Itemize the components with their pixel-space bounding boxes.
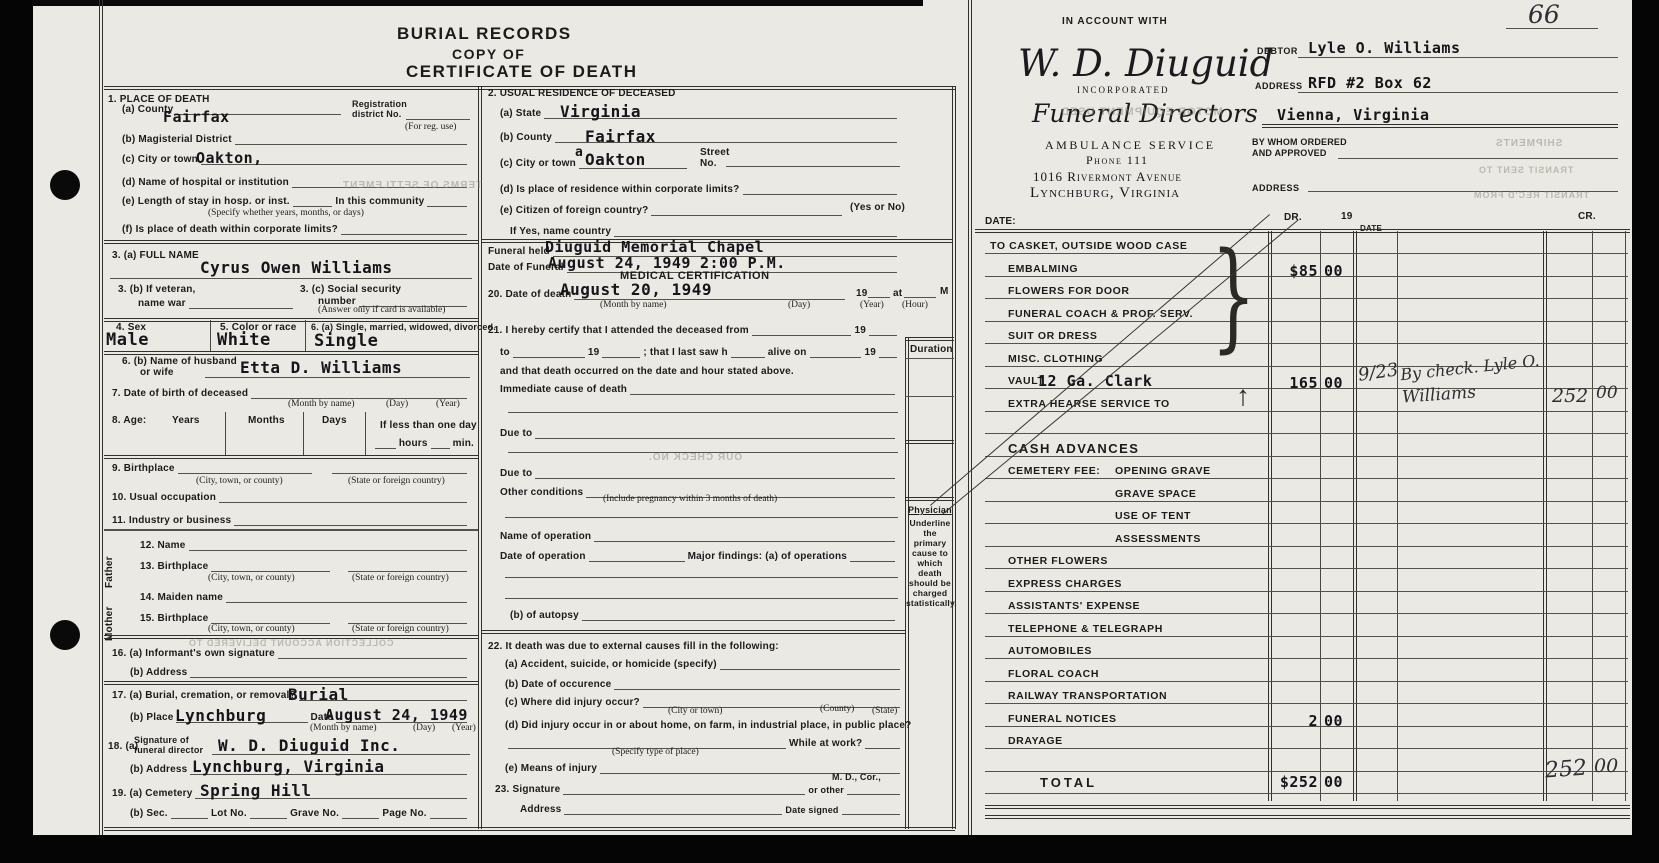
hospital-label: (d) Name of hospital or institution [122,177,289,188]
s1-reg2: district No. [352,109,401,119]
ledger-item-label: MISC. CLOTHING [1008,353,1103,365]
ledger-row-rule [985,298,1628,299]
father-name-label: 12. Name [140,540,186,551]
ledger-row-rule [985,433,1628,434]
state-label: (a) State [500,108,541,119]
field-line [614,688,900,690]
duration-line [905,396,954,397]
signature-label: 23. Signature [495,784,560,795]
full-name-value: Cyrus Owen Williams [200,258,393,277]
field-attended-from: 21. I hereby certify that I attended the… [488,325,900,336]
ledger-item-label: CEMETERY FEE: [1008,465,1100,477]
scanned-burial-record: { "t": {"l1": "BURIAL RECORDS", "l2": "C… [0,0,1659,863]
field-line [614,235,897,237]
funeral-held-label: Funeral held [488,246,550,257]
bleed-text: TRANSIT SENT TO [1478,165,1573,175]
bleed-text: COLLECTION ACCOUNT DELIVERED TO [188,638,394,648]
sec-label: (b) Sec. [130,808,168,819]
sex-value: Male [106,330,149,350]
ordered-label-2: AND APPROVED [1252,148,1327,158]
burial-date-h1: (Month by name) [310,723,377,733]
title-copy-of: COPY OF [452,46,525,62]
field-city-of-death: (c) City or town [122,154,470,165]
s1-reg1: Registration [352,99,407,109]
residence-city-prefix: a [575,145,583,160]
page-number-line [1506,28,1598,29]
corporate-label: (f) Is place of death within corporate l… [122,224,338,235]
duration-line [905,358,954,359]
residence-city-label: (c) City or town [500,158,576,169]
field-line [219,501,467,503]
debtor-address-label: ADDRESS [1255,81,1303,91]
total-label: TOTAL [1040,775,1097,790]
field-line [850,560,895,562]
total-dr-dollars: $252 [1266,773,1318,791]
birthplace-label: 9. Birthplace [112,463,175,474]
field-line [1338,158,1618,159]
dod-h4: (Hour) [902,300,928,310]
punch-hole-top [50,170,80,200]
field-industry: 11. Industry or business [112,515,470,526]
ledger-item-label: FLORAL COACH [1008,668,1099,680]
yes-or-no-hint: (Yes or No) [850,202,905,213]
total-cr-dollars: 252 [1544,756,1588,784]
field-line [278,657,467,659]
dod-m: M [940,286,949,297]
field-line [726,166,900,167]
marital-value: Single [314,331,378,351]
ledger-row-rule [985,636,1628,637]
field-line [879,356,897,358]
mother-birthplace-h2: (State or foreign country) [352,624,449,634]
injury-h1: (City or town) [668,706,722,716]
community-label: In this community [335,196,424,207]
field-line [178,472,313,474]
father-birthplace-h1: (City, town, or county) [208,573,295,583]
injury-where-label: (c) Where did injury occur? [505,697,640,708]
field-last-saw: to19; that I last saw halive on19 [500,347,900,358]
ledger-row-rule [985,613,1628,614]
physician-note: Underline the primary cause to which dea… [906,518,954,608]
field-line [505,517,898,518]
ledger-bottom-rule [985,805,1630,809]
cemetery-label: 19. (a) Cemetery [112,788,192,799]
firm-street: 1016 Rivermont Avenue [1033,169,1182,185]
field-line [110,278,472,279]
field-line [431,447,450,449]
payment-cr-cents: 00 [1596,383,1618,403]
field-mother-maiden: 14. Maiden name [140,592,470,603]
maiden-name-label: 14. Maiden name [140,592,223,603]
alive-19: 19 [864,347,876,358]
firm-phone: Phone 111 [1086,153,1149,168]
ledger-row-rule [985,726,1628,727]
to-label: to [500,347,510,358]
field-line [535,477,895,479]
cell-divider [225,412,226,455]
stay-hint: (Specify whether years, months, or days) [208,208,364,218]
ledger-vline [1397,231,1398,801]
place-type-hint: (Specify type of place) [612,747,699,757]
lot-label: Lot No. [211,808,247,819]
hours-label: hours [399,438,428,449]
ledger-row-rule [985,546,1628,547]
field-line [505,577,898,578]
field-if-yes-country: If Yes, name country [510,226,900,237]
ledger-item-label: FUNERAL COACH & PROF. SERV. [1008,308,1193,320]
ledger-item-label: ASSISTANTS' EXPENSE [1008,600,1140,612]
field-line [348,570,467,572]
ledger-dr-dollars: 165 [1266,374,1318,392]
mother-birthplace-label: 15. Birthplace [140,613,208,624]
alive-on-label: alive on [768,347,807,358]
spouse-label-1: 6. (b) Name of husband [122,356,237,367]
age-years: Years [172,415,200,426]
field-line [868,297,890,298]
firm-name: W. D. Diuguid [1018,42,1273,85]
field-line [189,307,293,309]
ledger-row-rule [985,748,1628,749]
street-label-1: Street [700,147,730,158]
date-of-death-value: August 20, 1949 [560,280,712,299]
operation-name-label: Name of operation [500,531,591,542]
title-burial-records: BURIAL RECORDS [397,24,572,44]
dod-at: at [893,288,902,299]
field-line [904,297,936,298]
field-hours-min: hoursmin. [372,438,474,449]
ledger-item-label: AUTOMOBILES [1008,645,1092,657]
field-line [630,393,895,395]
ledger-date-label: DATE: [985,216,1016,227]
duration-line [905,440,954,444]
field-autopsy: (b) of autopsy [510,610,898,621]
section-divider [104,351,478,355]
birthplace-h2: (State or foreign country) [348,476,445,486]
field-line [594,540,895,542]
city-value: Oakton, [196,149,263,167]
operation-date-label: Date of operation [500,551,586,562]
last-saw-label: ; that I last saw h [643,347,727,358]
field-while-at-work: While at work? [505,738,903,749]
cemetery-value: Spring Hill [200,781,311,800]
field-line [235,143,467,145]
field-line [293,205,333,207]
field-line [752,334,852,336]
field-line [250,817,287,819]
s22-heading: 22. It death was due to external causes … [488,641,779,652]
debtor-label: DEBTOR [1257,46,1298,56]
date-signed-label: Date signed [785,805,838,815]
field-line [743,193,898,195]
ssn-hint: (Answer only if card is available) [318,305,445,315]
residence-county-label: (b) County [500,132,552,143]
field-line [651,214,842,216]
injury-home-label: (d) Did injury occur in or about home, o… [505,720,911,731]
if-yes-label: If Yes, name country [510,226,611,237]
firm-incorporated: INCORPORATED [1077,85,1170,95]
burial-place-value: Lynchburg [175,706,266,725]
ledger-item-label: EMBALMING [1008,263,1078,275]
field-line [865,747,900,749]
informant-label: 16. (a) Informant's own signature [112,648,275,659]
ledger-row-rule [985,501,1628,502]
year-column-header: 19 [1341,211,1353,222]
field-line [869,334,897,336]
ledger-vline [1320,231,1321,801]
bleed-text: OUR CHECK NO. [648,452,742,463]
field-line [212,754,470,755]
ledger-item-label: FUNERAL NOTICES [1008,713,1117,725]
field-line [842,813,900,815]
title-certificate: CERTIFICATE OF DEATH [406,62,637,82]
ledger-row-rule [985,658,1628,659]
field-line [602,356,640,358]
age-label: 8. Age: [112,415,146,426]
field-occurence-date: (b) Date of occurence [505,679,903,690]
section-divider [104,455,478,459]
field-line [563,793,805,795]
due-to-label-2: Due to [500,468,532,479]
page-number: 66 [1528,0,1560,29]
field-line [1298,92,1618,93]
ledger-subitem-label: USE OF TENT [1115,510,1191,522]
page-label: Page No. [382,808,426,819]
name-war-label: name war [138,298,186,309]
field-line [341,233,467,235]
ledger-top-rule [975,229,1630,233]
field-name-war: name war [138,298,296,309]
field-occupation: 10. Usual occupation [112,492,470,503]
means-injury-label: (e) Means of injury [505,763,597,774]
field-immediate-cause: Immediate cause of death [500,384,898,395]
spouse-label-2: or wife [140,367,174,378]
ledger-row-rule [985,388,1628,389]
section-divider [104,240,478,244]
accident-label: (a) Accident, suicide, or homicide (spec… [505,659,717,670]
field-line [720,668,900,670]
field-line [251,397,467,399]
field-line [1298,57,1618,58]
county-value: Fairfax [163,108,230,126]
birthdate-h1: (Month by name) [288,399,355,409]
debtor-value: Lyle O. Williams [1308,39,1461,57]
ledger-dr-dollars: $85 [1266,262,1318,280]
dod-h3: (Year) [860,300,884,310]
md-address-label: Address [520,804,561,815]
field-due-to-1: Due to [500,428,898,439]
punch-hole-bottom [50,620,80,650]
field-mother-birthplace: 15. Birthplace [140,613,470,624]
certify-label: 21. I hereby certify that I attended the… [488,325,749,336]
duration-line [905,497,954,501]
dod-h1: (Month by name) [600,300,667,310]
citizen-label: (e) Citizen of foreign country? [500,205,648,216]
director-address-value: Lynchburg, Virginia [192,757,385,776]
state-value: Virginia [560,102,641,121]
director-sig-label-1: Signature of [134,735,189,745]
ledger-item-label: FLOWERS FOR DOOR [1008,285,1130,297]
field-birthplace: 9. Birthplace [112,463,470,474]
father-label: Father [104,556,115,588]
field-line [430,817,467,819]
ledger-item-label: SUIT OR DRESS [1008,330,1097,342]
major-findings-label: Major findings: (a) of operations [688,551,847,562]
min-label: min. [453,438,474,449]
birthdate-h3: (Year) [436,399,460,409]
grave-label: Grave No. [290,808,339,819]
field-line [505,598,898,599]
ledger-vline [1592,231,1593,801]
field-cemetery-location: (b) Sec.Lot No.Grave No.Page No. [130,808,470,819]
cell-divider [303,412,304,455]
immediate-cause-label: Immediate cause of death [500,384,627,395]
total-dr-cents: 00 [1324,773,1343,791]
field-operation-name: Name of operation [500,531,898,542]
firm-city: Lynchburg, Virginia [1030,185,1180,202]
total-cr-cents: 00 [1594,755,1618,777]
ledger-row-rule [985,456,1628,457]
date-of-death-label: 20. Date of death [488,289,571,300]
field-line [406,119,470,120]
street-label-2: No. [700,158,717,169]
ledger-row-rule [985,703,1628,704]
ledger-row-rule [985,478,1628,479]
industry-label: 11. Industry or business [112,515,231,526]
field-father-name: 12. Name [140,540,470,551]
burial-date-h2: (Day) [413,723,435,733]
director-sig-value: W. D. Diuguid Inc. [218,736,400,755]
field-informant-address: (b) Address [130,667,470,678]
ledger-dr-cents: 00 [1324,374,1343,392]
stay-label: (e) Length of stay in hosp. or inst. [122,196,290,207]
director-sig-label-2: funeral director [134,745,203,755]
residence-city-value: Oakton [585,150,646,169]
s2-heading: 2. USUAL RESIDENCE OF DECEASED [488,88,676,99]
birthdate-h2: (Day) [386,399,408,409]
certify-19: 19 [854,325,866,336]
md-cor-label: M. D., Cor., [832,772,881,782]
dod-19: 19 [856,288,868,299]
field-line [535,437,895,439]
field-line [564,813,782,815]
death-occurred-label: and that death occurred on the date and … [500,366,794,377]
father-birthplace-label: 13. Birthplace [140,561,208,572]
field-line [332,472,467,474]
ledger-subitem-label: ASSESSMENTS [1115,533,1201,545]
bleed-text: TRANSIT REC'D FROM [1473,190,1589,200]
ledger-dr-dollars: 2 [1266,712,1318,730]
field-line [342,817,379,819]
ledger-row-rule [985,771,1628,772]
field-line [731,356,765,358]
while-at-work-label: While at work? [789,738,862,749]
ordered-address-label: ADDRESS [1252,183,1300,193]
cell-divider [365,412,366,455]
field-father-birthplace: 13. Birthplace [140,561,470,572]
ledger-row-rule [985,568,1628,569]
other-conditions-label: Other conditions [500,487,583,498]
field-md-address: AddressDate signed [520,804,903,815]
s3c-label: 3. (c) Social security [300,284,401,295]
up-arrow-icon: ↑ [1236,380,1250,412]
occurence-label: (b) Date of occurence [505,679,611,690]
field-residence-county: (b) County [500,132,900,143]
form-right-border [952,86,956,829]
burial-type-label: 17. (a) Burial, cremation, or removal? [112,690,296,701]
bleed-text: TERMS OF SETTLEMENT [342,180,482,191]
field-length-of-stay: (e) Length of stay in hosp. or inst.In t… [122,196,470,207]
form-bottom-border [104,827,955,831]
dod-h2: (Day) [788,300,810,310]
duration-label: Duration [910,344,953,355]
ledger-bottom-rule [985,815,1630,819]
top-edge-shadow [33,0,923,6]
birthdate-label: 7. Date of birth of deceased [112,388,248,399]
ledger-item-label: OTHER FLOWERS [1008,555,1108,567]
ledger-item-label: TO CASKET, OUTSIDE WOOD CASE [990,240,1187,252]
field-residence-corporate: (d) Is place of residence within corpora… [500,184,900,195]
field-line [513,356,585,358]
cell-divider [210,320,211,351]
brace-glyph: } [1211,226,1256,364]
section-divider [481,630,905,634]
ledger-row-rule [985,793,1628,794]
field-corporate-limits: (f) Is place of death within corporate l… [122,224,470,235]
race-value: White [217,330,271,350]
due-to-label: Due to [500,428,532,439]
informant-address-label: (b) Address [130,667,187,678]
field-informant-signature: 16. (a) Informant's own signature [112,648,470,659]
bleed-text: MOTOR EQUIPMENT USED [1060,106,1223,118]
field-operation-date: Date of operationMajor findings: (a) of … [500,551,898,562]
ledger-row-rule [985,523,1628,524]
s1-reg-hint: (For reg. use) [405,122,456,132]
in-account-with: IN ACCOUNT WITH [1062,16,1168,27]
debtor-address2: Vienna, Virginia [1277,106,1430,124]
field-birthdate: 7. Date of birth of deceased [112,388,470,399]
field-line [810,356,862,358]
city-label: (c) City or town [122,154,198,165]
age-months: Months [248,415,285,426]
section-divider [104,529,478,531]
field-line [171,817,208,819]
magisterial-label: (b) Magisterial District [122,134,232,145]
ledger-item-label: EXTRA HEARSE SERVICE TO [1008,398,1170,410]
ledger-dr-cents: 00 [1324,712,1343,730]
ledger-item-label: EXPRESS CHARGES [1008,578,1122,590]
field-line [189,549,467,551]
field-due-to-2: Due to [500,468,898,479]
field-line [226,601,467,603]
form-column-divider [478,86,482,829]
field-line [508,412,898,413]
burial-type-value: Burial [288,685,349,704]
payment-cr-dollars: 252 [1552,385,1588,407]
ledger-subitem-label: GRAVE SPACE [1115,488,1196,500]
birthplace-h1: (City, town, or county) [196,476,283,486]
ledger-item-label: RAILWAY TRANSPORTATION [1008,690,1167,702]
ledger-row-rule [985,591,1628,592]
field-line-double [1262,124,1618,128]
director-address-label: (b) Address [130,764,187,775]
ledger-row-rule [985,253,1628,254]
field-magisterial-district: (b) Magisterial District [122,134,470,145]
bleed-text: SHIPMENTS [1495,138,1562,149]
field-line [211,570,330,572]
s3b-label: 3. (b) If veteran, [118,284,196,295]
mother-birthplace-h1: (City, town, or county) [208,624,295,634]
page-left-rule [99,0,103,835]
